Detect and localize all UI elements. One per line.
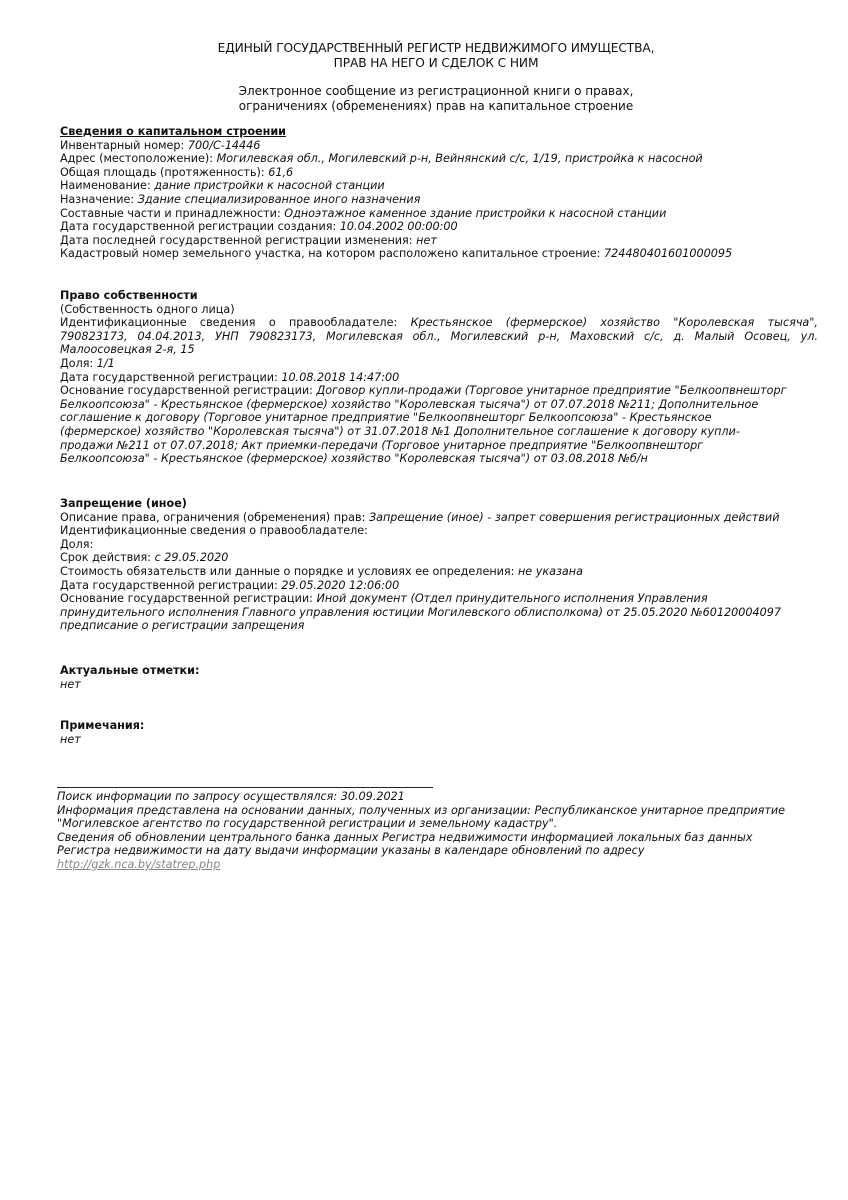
prohibition-section: Запрещение (иное) Описание права, ограни… (60, 497, 818, 633)
ownership-basis-line-3: соглашение к договору (Торговое унитарно… (60, 411, 818, 425)
field-inventory-number: Инвентарный номер: 700/С-14446 (60, 139, 818, 153)
field-label: Срок действия: (60, 551, 155, 564)
field-value: Здание специализированное иного назначен… (138, 193, 421, 206)
field-components: Составные части и принадлежности: Одноэт… (60, 207, 818, 221)
prohibition-reg-date: Дата государственной регистрации: 29.05.… (60, 579, 818, 593)
footer-line-3: "Могилевское агентство по государственно… (57, 817, 827, 831)
field-label: Составные части и принадлежности: (60, 207, 284, 220)
field-value: 10.08.2018 14:47:00 (281, 371, 399, 384)
footer-section: Поиск информации по запросу осуществлялс… (57, 790, 827, 872)
field-value: дание пристройки к насосной станции (154, 179, 384, 192)
field-name: Наименование: дание пристройки к насосно… (60, 179, 818, 193)
ownership-reg-date: Дата государственной регистрации: 10.08.… (60, 371, 818, 385)
field-cadastral-number: Кадастровый номер земельного участка, на… (60, 247, 818, 261)
prohibition-holder: Идентификационные сведения о правооблада… (60, 524, 818, 538)
footer-line-1: Поиск информации по запросу осуществлялс… (57, 790, 827, 804)
field-label: Кадастровый номер земельного участка, на… (60, 247, 604, 260)
field-label: Основание государственной регистрации: (60, 384, 316, 397)
holder-line-2: 790823173, 04.04.2013, УНП 790823173, Мо… (60, 330, 818, 344)
field-value: 700/С-14446 (188, 139, 261, 152)
field-label: Наименование: (60, 179, 154, 192)
current-marks-heading: Актуальные отметки: (60, 664, 818, 678)
title-line-2: ПРАВ НА НЕГО И СДЕЛОК С НИМ (0, 56, 848, 71)
field-value: с 29.05.2020 (155, 551, 229, 564)
holder-line-3: Малоосовецкая 2-я, 15 (60, 343, 818, 357)
ownership-basis-line-6: Белкоопсоюза" - Крестьянское (фермерское… (60, 452, 818, 466)
prohibition-share: Доля: (60, 538, 818, 552)
field-value: Иной документ (Отдел принудительного исп… (316, 592, 707, 605)
field-creation-date: Дата государственной регистрации создани… (60, 220, 818, 234)
ownership-basis-line-4: (фермерское) хозяйство "Королевская тыся… (60, 425, 818, 439)
footer-line-4: Сведения об обновлении центрального банк… (57, 831, 827, 845)
field-label: Дата государственной регистрации: (60, 371, 281, 384)
statrep-link[interactable]: http://gzk.nca.by/statrep.php (57, 858, 827, 872)
footer-line-5: Регистра недвижимости на дату выдачи инф… (57, 844, 827, 858)
field-value: нет (416, 234, 437, 247)
building-heading: Сведения о капитальном строении (60, 125, 818, 139)
field-value: Одноэтажное каменное здание пристройки к… (284, 207, 666, 220)
field-area: Общая площадь (протяженность): 61,6 (60, 166, 818, 180)
ownership-section: Право собственности (Собственность одног… (60, 289, 818, 466)
field-label: Дата последней государственной регистрац… (60, 234, 416, 247)
field-value: Крестьянское (фермерское) хозяйство "Кор… (411, 316, 818, 329)
building-section: Сведения о капитальном строении Инвентар… (60, 125, 818, 261)
footer-divider (57, 787, 433, 788)
subtitle-line-1: Электронное сообщение из регистрационной… (0, 84, 848, 99)
prohibition-description: Описание права, ограничения (обременения… (60, 511, 818, 525)
ownership-type: (Собственность одного лица) (60, 303, 818, 317)
subtitle-line-2: ограничениях (обременениях) прав на капи… (0, 99, 848, 114)
prohibition-heading: Запрещение (иное) (60, 497, 818, 511)
prohibition-basis-line-2: принудительного исполнения Главного упра… (60, 606, 818, 620)
field-label: Основание государственной регистрации: (60, 592, 316, 605)
prohibition-cost: Стоимость обязательств или данные о поря… (60, 565, 818, 579)
field-label: Описание права, ограничения (обременения… (60, 511, 369, 524)
field-value: Запрещение (иное) - запрет совершения ре… (369, 511, 780, 524)
current-marks-section: Актуальные отметки: нет (60, 664, 818, 691)
ownership-basis-line-2: Белкоопсоюза" - Крестьянское (фермерское… (60, 398, 818, 412)
field-label: Идентификационные сведения о правооблада… (60, 316, 397, 329)
ownership-heading: Право собственности (60, 289, 818, 303)
field-label: Дата государственной регистрации: (60, 579, 281, 592)
field-label: Доля: (60, 357, 97, 370)
field-value: Договор купли-продажи (Торговое унитарно… (316, 384, 786, 397)
current-marks-value: нет (60, 678, 818, 692)
field-value: 61,6 (268, 166, 293, 179)
field-address: Адрес (местоположение): Могилевская обл.… (60, 152, 818, 166)
title-line-1: ЕДИНЫЙ ГОСУДАРСТВЕННЫЙ РЕГИСТР НЕДВИЖИМО… (0, 41, 848, 56)
field-label: Адрес (местоположение): (60, 152, 217, 165)
prohibition-basis-line-3: предписание о регистрации запрещения (60, 619, 818, 633)
field-label: Стоимость обязательств или данные о поря… (60, 565, 518, 578)
field-value: не указана (518, 565, 583, 578)
ownership-share: Доля: 1/1 (60, 357, 818, 371)
footer-line-2: Информация представлена на основании дан… (57, 804, 827, 818)
prohibition-term: Срок действия: с 29.05.2020 (60, 551, 818, 565)
notes-value: нет (60, 733, 818, 747)
field-purpose: Назначение: Здание специализированное ин… (60, 193, 818, 207)
field-value: Могилевская обл., Могилевский р-н, Вейня… (217, 152, 703, 165)
ownership-basis-line-5: продажи №211 от 07.07.2018; Акт приемки-… (60, 439, 818, 453)
notes-heading: Примечания: (60, 719, 818, 733)
notes-section: Примечания: нет (60, 719, 818, 746)
ownership-basis-line-1: Основание государственной регистрации: Д… (60, 384, 818, 398)
field-value: 1/1 (97, 357, 115, 370)
registry-document: ЕДИНЫЙ ГОСУДАРСТВЕННЫЙ РЕГИСТР НЕДВИЖИМО… (0, 0, 848, 1200)
field-label: Дата государственной регистрации создани… (60, 220, 340, 233)
field-last-change-date: Дата последней государственной регистрац… (60, 234, 818, 248)
field-label: Инвентарный номер: (60, 139, 188, 152)
field-value: 29.05.2020 12:06:00 (281, 579, 399, 592)
field-label: Общая площадь (протяженность): (60, 166, 268, 179)
field-value: 724480401601000095 (604, 247, 732, 260)
document-subtitle: Электронное сообщение из регистрационной… (0, 84, 848, 113)
field-value: 10.04.2002 00:00:00 (340, 220, 458, 233)
prohibition-basis-line-1: Основание государственной регистрации: И… (60, 592, 818, 606)
field-label: Назначение: (60, 193, 138, 206)
document-title: ЕДИНЫЙ ГОСУДАРСТВЕННЫЙ РЕГИСТР НЕДВИЖИМО… (0, 41, 848, 71)
holder-line-1: Идентификационные сведения о правооблада… (60, 316, 818, 330)
